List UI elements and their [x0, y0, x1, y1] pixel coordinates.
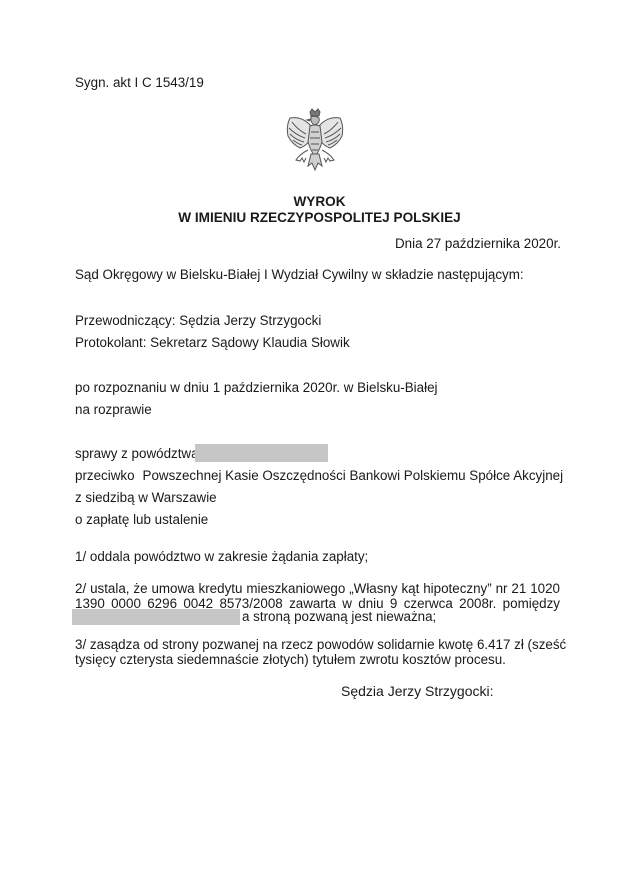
- against-label: przeciwko: [75, 468, 135, 483]
- defendant-name: Powszechnej Kasie Oszczędności Bankowi P…: [143, 468, 564, 483]
- defendant-line: przeciwkoPowszechnej Kasie Oszczędności …: [75, 468, 563, 484]
- redacted-plaintiff: [195, 444, 328, 462]
- redacted-parties: [72, 609, 240, 625]
- case-signature: Sygn. akt I C 1543/19: [75, 75, 204, 91]
- ruling-1: 1/ oddala powództwo w zakresie żądania z…: [75, 549, 368, 565]
- hearing-info: po rozpoznaniu w dniu 1 października 202…: [75, 380, 438, 396]
- document-title: WYROK: [3, 194, 633, 210]
- ruling-3-line-1: 3/ zasądza od strony pozwanej na rzecz p…: [75, 637, 560, 652]
- ruling-2-line-1: 2/ ustala, że umowa kredytu mieszkaniowe…: [75, 581, 560, 596]
- court-clerk: Protokolant: Sekretarz Sądowy Klaudia Sł…: [75, 335, 350, 351]
- defendant-seat: z siedzibą w Warszawie: [75, 490, 217, 506]
- plaintiff-label: sprawy z powództwa: [75, 446, 199, 462]
- judge-signature: Sędzia Jerzy Strzygocki:: [341, 683, 494, 699]
- ruling-2-line-3: a stroną pozwaną jest nieważna;: [72, 609, 436, 625]
- ruling-2-conclusion: a stroną pozwaną jest nieważna;: [242, 609, 436, 624]
- case-subject: o zapłatę lub ustalenie: [75, 512, 208, 528]
- ruling-3-line-2: tysięcy czterysta siedemnaście złotych) …: [75, 652, 506, 667]
- court-composition: Sąd Okręgowy w Bielsku-Białej I Wydział …: [75, 267, 524, 283]
- document-page: Sygn. akt I C 1543/19 WYROK W IMIENIU RZ…: [0, 0, 633, 896]
- document-subtitle: W IMIENIU RZECZYPOSPOLITEJ POLSKIEJ: [3, 210, 633, 226]
- judgment-date: Dnia 27 października 2020r.: [395, 236, 561, 252]
- polish-eagle-emblem-icon: [284, 108, 346, 174]
- presiding-judge: Przewodniczący: Sędzia Jerzy Strzygocki: [75, 313, 321, 329]
- hearing-type: na rozprawie: [75, 402, 152, 418]
